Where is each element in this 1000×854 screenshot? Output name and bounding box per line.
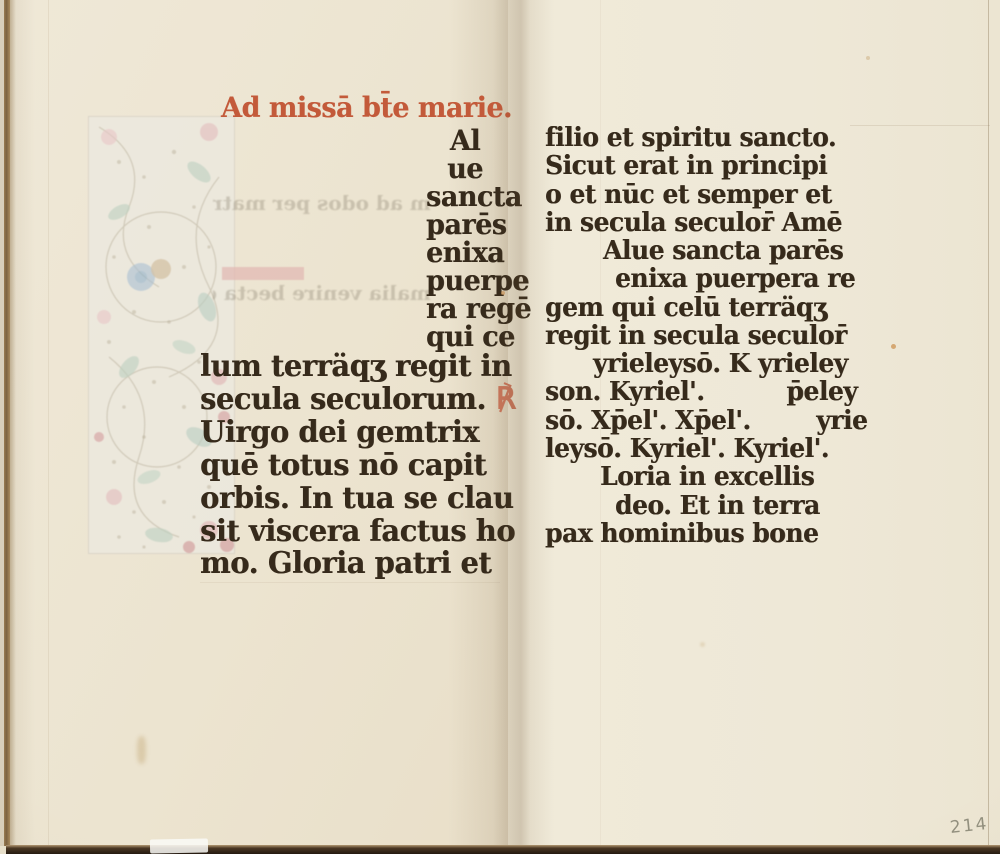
showthrough-line: malia venire becta con <box>213 278 431 308</box>
text-line: Sicut erat in principi <box>545 151 827 180</box>
folio-number: 214 <box>949 814 989 838</box>
gutter-shadow <box>493 0 555 846</box>
text-line: in secula seculor̄ Amē <box>545 208 842 237</box>
text-line: yrieleysō. K yrieley <box>593 349 848 378</box>
text-line: filio et spiritu sancto. <box>545 123 836 152</box>
bookmark-tab <box>150 838 208 853</box>
text-line: Uirgo dei gemtrix <box>200 415 479 449</box>
text-line: lum terräqʒ regit in <box>200 349 512 383</box>
text-line: sō. Xp̄el'. Xp̄el'. yrie <box>545 406 867 435</box>
text-line: son. Kyriel'. p̄eley <box>545 377 857 406</box>
text-line: gem qui celū terräqʒ <box>545 293 827 322</box>
text-line: quē totus nō capit <box>200 448 486 482</box>
pink-band-showthrough <box>222 267 304 280</box>
manuscript-photo: m ad odos per matrem malia venire becta … <box>0 0 1000 854</box>
text-line: regit in secula seculor̄ <box>545 321 847 350</box>
text-line: sit viscera factus ho <box>200 514 515 548</box>
ruling-line <box>850 125 990 126</box>
stain-speck <box>891 344 896 349</box>
showthrough-text-block: m ad odos per matrem malia venire becta … <box>213 128 431 314</box>
ruling-line <box>200 582 500 583</box>
book-edge-left <box>10 0 16 846</box>
text-line: enixa puerpera re <box>615 264 855 293</box>
page-edge-right <box>988 0 989 845</box>
text-line-main: secula seculorum. <box>200 381 486 416</box>
text-line: secula seculorum.℟ <box>200 382 516 416</box>
page-crease <box>48 0 49 845</box>
stain-speck <box>700 642 705 647</box>
stain-smudge <box>137 736 146 764</box>
text-line: orbis. In tua se clau <box>200 481 513 515</box>
text-line: Alue sancta parēs <box>603 236 843 265</box>
text-line: mo. Gloria patri et <box>200 546 491 580</box>
text-line: deo. Et in terra <box>615 491 820 520</box>
showthrough-line: m ad odos per matrem <box>213 188 431 218</box>
rubric-heading: Ad missā bt̄e marie. <box>221 92 512 124</box>
stain-speck <box>866 56 870 60</box>
text-line: pax hominibus bone <box>545 519 818 548</box>
text-line: Loria in excellis <box>600 462 814 491</box>
text-line: leysō. Kyriel'. Kyriel'. <box>545 434 829 463</box>
text-line: o et nūc et semper et <box>545 180 832 209</box>
